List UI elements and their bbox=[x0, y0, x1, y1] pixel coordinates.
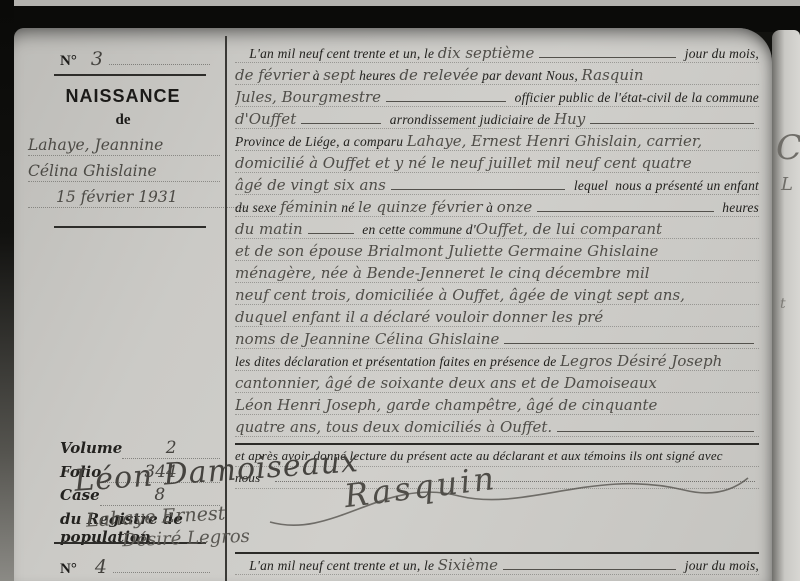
ink-bleed-mark: C bbox=[776, 128, 800, 168]
subject-name-line: Lahaye, Jeannine bbox=[28, 136, 220, 154]
printed-text: en cette commune d' bbox=[359, 222, 476, 238]
handwritten-text: et de son épouse Brialmont Juliette Germ… bbox=[235, 242, 658, 260]
margin-rule bbox=[54, 226, 206, 228]
act-line: cantonnier, âgé de soixante deux ans et … bbox=[235, 374, 759, 396]
act-number-label: N° bbox=[60, 53, 77, 70]
subject-birthdate: 15 février 1931 bbox=[28, 188, 248, 206]
blank-fill bbox=[301, 119, 381, 124]
handwritten-text: Léon Henri Joseph, garde champêtre, âgé … bbox=[235, 396, 657, 414]
blank-fill bbox=[504, 339, 754, 344]
book-binding-edge bbox=[0, 0, 14, 581]
printed-text: Province de Liége, a comparu bbox=[235, 134, 407, 150]
act-line: L'an mil neuf cent trente et un, le Sixi… bbox=[235, 556, 759, 578]
printed-text: jour du mois, bbox=[681, 46, 759, 62]
printed-text: lequel nous a présenté un enfant bbox=[570, 178, 759, 194]
blank-fill bbox=[590, 119, 754, 124]
blank-fill bbox=[113, 568, 210, 573]
act-line: domicilié à Ouffet et y né le neuf juill… bbox=[235, 154, 759, 176]
handwritten-text: ménagère, née à Bende-Jenneret le cinq d… bbox=[235, 264, 650, 282]
blank-fill bbox=[539, 53, 676, 58]
printed-text: L'an mil neuf cent trente et un, le bbox=[235, 46, 438, 62]
printed-text: du sexe bbox=[235, 200, 280, 216]
handwritten-text: âgé de vingt six ans bbox=[235, 176, 386, 194]
printed-text: heures bbox=[356, 68, 400, 84]
handwritten-text: Jules, Bourgmestre bbox=[235, 88, 381, 106]
blank-fill bbox=[557, 427, 754, 432]
printed-text: les dites déclaration et présentation fa… bbox=[235, 354, 560, 370]
handwritten-text: Ouffet, de lui comparant bbox=[476, 220, 662, 238]
margin-rule bbox=[54, 74, 206, 76]
act-number-value: 3 bbox=[91, 48, 103, 70]
handwritten-text: Lahaye, Ernest Henri Ghislain, carrier, bbox=[407, 132, 702, 150]
act-line: neuf cent trois, domiciliée à Ouffet, âg… bbox=[235, 286, 759, 308]
act-text-block: L'an mil neuf cent trente et un, le dix … bbox=[235, 44, 759, 440]
act-line: et de son épouse Brialmont Juliette Germ… bbox=[235, 242, 759, 264]
handwritten-text: cantonnier, âgé de soixante deux ans et … bbox=[235, 374, 657, 392]
printed-text: arrondissement judiciaire de bbox=[386, 112, 554, 128]
act-closing-rule bbox=[235, 443, 759, 445]
handwritten-text: le quinze février bbox=[358, 198, 483, 216]
act-type-preposition: de bbox=[34, 112, 212, 129]
printed-text: par devant Nous, bbox=[479, 68, 582, 84]
handwritten-text: Huy bbox=[554, 110, 585, 128]
ink-bleed-mark: L bbox=[781, 174, 793, 195]
handwritten-text: de relevée bbox=[399, 66, 478, 84]
blank-fill bbox=[537, 207, 714, 212]
handwritten-text: féminin bbox=[280, 198, 338, 216]
blank-fill bbox=[109, 60, 210, 65]
scanned-register-page: N° 3 NAISSANCE de Lahaye, Jeannine Célin… bbox=[0, 0, 800, 581]
signature-legros: Désiré Legros bbox=[122, 526, 251, 551]
blank-fill bbox=[503, 565, 676, 570]
handwritten-text: Legros Désiré Joseph bbox=[560, 352, 722, 370]
printed-text: à bbox=[483, 200, 497, 216]
printed-text: heures bbox=[719, 200, 759, 216]
handwritten-text: d'Ouffet bbox=[235, 110, 296, 128]
next-act-number-value: 4 bbox=[95, 556, 107, 578]
next-page-edge bbox=[772, 30, 800, 581]
handwritten-text: de février bbox=[235, 66, 309, 84]
ink-bleed-mark: t bbox=[780, 296, 786, 312]
act-type-heading: NAISSANCE bbox=[34, 86, 212, 107]
act-number-row: N° 3 bbox=[60, 48, 210, 70]
handwritten-text: Rasquin bbox=[582, 66, 644, 84]
act-line: quatre ans, tous deux domiciliés à Ouffe… bbox=[235, 418, 759, 440]
printed-text: à bbox=[309, 68, 323, 84]
handwritten-text: sept bbox=[323, 66, 355, 84]
handwritten-text: noms de Jeannine Célina Ghislaine bbox=[235, 330, 499, 348]
handwritten-text: domicilié à Ouffet et y né le neuf juill… bbox=[235, 154, 692, 172]
act-line: ménagère, née à Bende-Jenneret le cinq d… bbox=[235, 264, 759, 286]
blank-fill bbox=[391, 185, 566, 190]
printed-text: L'an mil neuf cent trente et un, le bbox=[235, 558, 438, 574]
act-line: Province de Liége, a comparu Lahaye, Ern… bbox=[235, 132, 759, 154]
next-act-number-row: N° 4 bbox=[60, 556, 210, 578]
handwritten-text: du matin bbox=[235, 220, 303, 238]
next-act-number-label: N° bbox=[60, 561, 77, 578]
act-line: Jules, Bourgmestre officier public de l'… bbox=[235, 88, 759, 110]
act-line: du sexe féminin né le quinze février à o… bbox=[235, 198, 759, 220]
act-line: L'an mil neuf cent trente et un, le dix … bbox=[235, 44, 759, 66]
act-line: Léon Henri Joseph, garde champêtre, âgé … bbox=[235, 396, 759, 418]
printed-text: officier public de l'état-civil de la co… bbox=[511, 90, 759, 106]
handwritten-text: quatre ans, tous deux domiciliés à Ouffe… bbox=[235, 418, 552, 436]
next-act-rule bbox=[235, 552, 759, 554]
printed-text: jour du mois, bbox=[681, 558, 759, 574]
act-line: duquel enfant il a déclaré vouloir donne… bbox=[235, 308, 759, 330]
next-act-first-line: L'an mil neuf cent trente et un, le Sixi… bbox=[235, 556, 759, 578]
act-line: du matin en cette commune d'Ouffet, de l… bbox=[235, 220, 759, 242]
blank-fill bbox=[308, 229, 354, 234]
handwritten-text: neuf cent trois, domiciliée à Ouffet, âg… bbox=[235, 286, 685, 304]
margin-divider-line bbox=[225, 36, 227, 581]
act-line: de février à sept heures de relevée par … bbox=[235, 66, 759, 88]
handwritten-text: Sixième bbox=[438, 556, 498, 574]
printed-text: né bbox=[338, 200, 358, 216]
handwritten-text: dix septième bbox=[438, 44, 535, 62]
volume-label: Volume bbox=[60, 439, 122, 457]
blank-fill bbox=[386, 97, 506, 102]
act-line: âgé de vingt six ans lequel nous a prése… bbox=[235, 176, 759, 198]
act-line: les dites déclaration et présentation fa… bbox=[235, 352, 759, 374]
handwritten-text: duquel enfant il a déclaré vouloir donne… bbox=[235, 308, 603, 326]
act-line: d'Ouffet arrondissement judiciaire de Hu… bbox=[235, 110, 759, 132]
act-line: noms de Jeannine Célina Ghislaine bbox=[235, 330, 759, 352]
handwritten-text: onze bbox=[497, 198, 532, 216]
register-left-page: N° 3 NAISSANCE de Lahaye, Jeannine Célin… bbox=[14, 28, 772, 581]
subject-name-line: Célina Ghislaine bbox=[28, 162, 220, 180]
